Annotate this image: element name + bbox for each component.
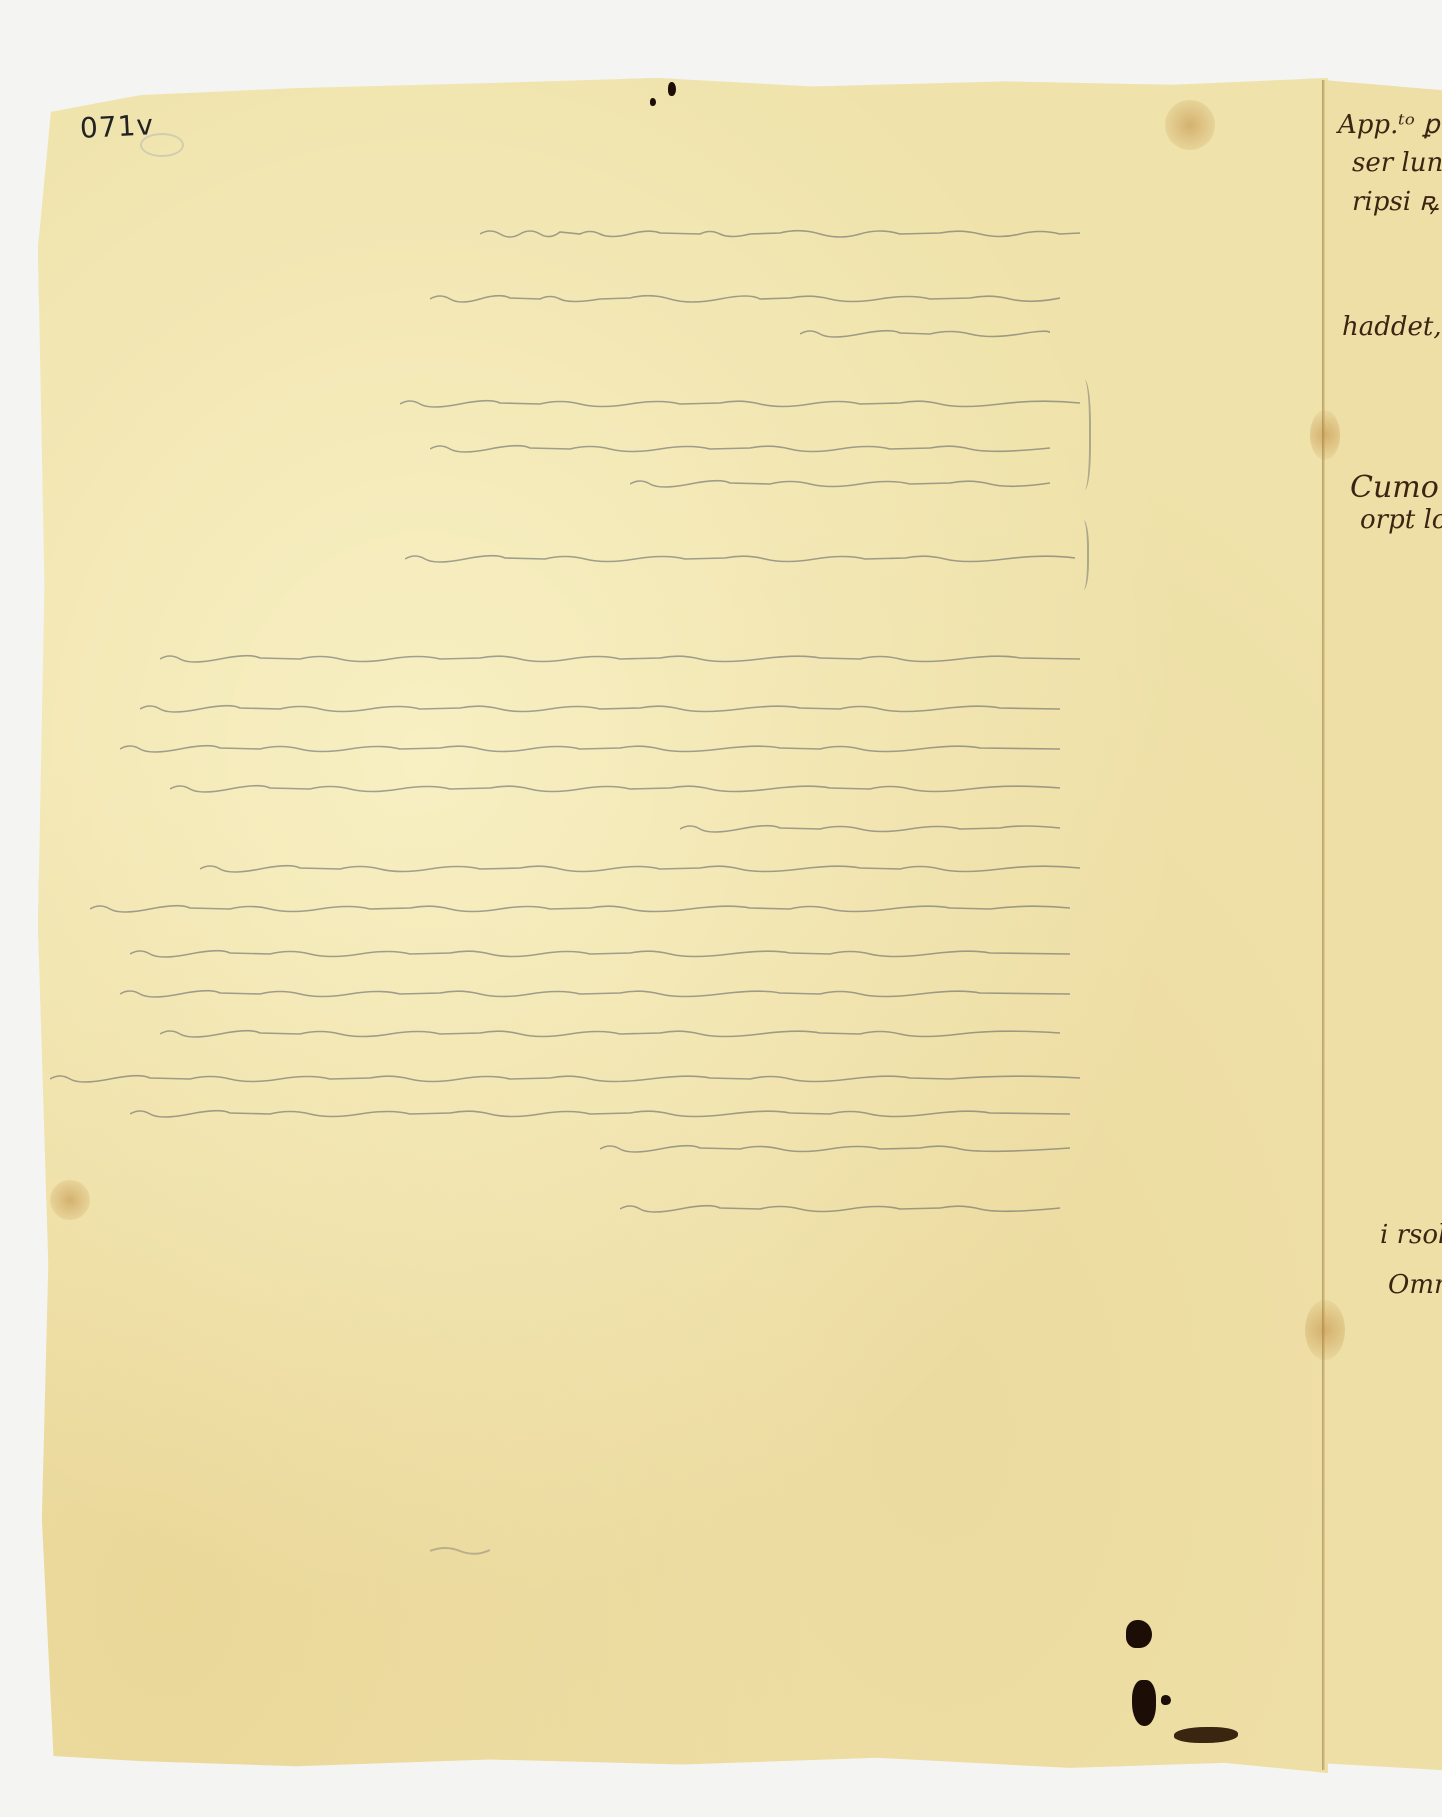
ink-blot (1132, 1680, 1156, 1726)
right-fragment-line: Cumo (1350, 470, 1439, 505)
page-fold (1322, 80, 1325, 1770)
reversed-text-line (120, 740, 1060, 754)
right-fragment-line: ripsi ꝶ (1352, 182, 1439, 218)
reversed-text-line (620, 1200, 1060, 1214)
reversed-text-line (480, 225, 1080, 239)
reversed-text-line (90, 900, 1070, 914)
reversed-text-line (680, 820, 1060, 834)
faded-stamp (140, 133, 184, 157)
faint-pencil-mark (430, 1540, 490, 1550)
reversed-text-line (160, 1025, 1060, 1039)
reversed-text-line (160, 650, 1080, 664)
reversed-text-line (140, 700, 1060, 714)
reversed-text-line (800, 325, 1050, 339)
reversed-text-line (200, 860, 1080, 874)
reversed-text-line (130, 1105, 1070, 1119)
bracket-mark (1075, 520, 1089, 590)
ink-speck (668, 82, 676, 96)
foxing-stain (1310, 410, 1340, 460)
reversed-text-line (630, 475, 1050, 489)
ink-blot (1174, 1727, 1238, 1743)
reversed-text-line (50, 1070, 1080, 1084)
reversed-text-line (430, 290, 1060, 304)
reversed-text-line (130, 945, 1070, 959)
right-fragment-line: i rsol (1380, 1220, 1442, 1250)
right-fragment-line: App.ᵗᵒ ꝑ ℒ (1338, 110, 1442, 140)
left-page (38, 78, 1328, 1773)
right-fragment-line: ser lune (1352, 148, 1442, 178)
foxing-stain (1305, 1300, 1345, 1360)
reversed-text-line (400, 395, 1080, 409)
reversed-text-line (405, 550, 1075, 564)
foxing-stain (50, 1180, 90, 1220)
reversed-text-line (120, 985, 1070, 999)
reversed-text-line (170, 780, 1060, 794)
reversed-text-line (600, 1140, 1070, 1154)
ink-blot (1161, 1695, 1171, 1705)
ink-blot (1126, 1620, 1152, 1648)
right-fragment-line: orpt lo (1360, 505, 1442, 535)
bracket-mark (1075, 380, 1091, 490)
reversed-text-line (430, 440, 1050, 454)
right-fragment-line: Omn (1388, 1270, 1442, 1300)
foxing-stain (1165, 100, 1215, 150)
ink-speck (650, 98, 656, 106)
right-fragment-line: haddet, i (1342, 312, 1442, 342)
